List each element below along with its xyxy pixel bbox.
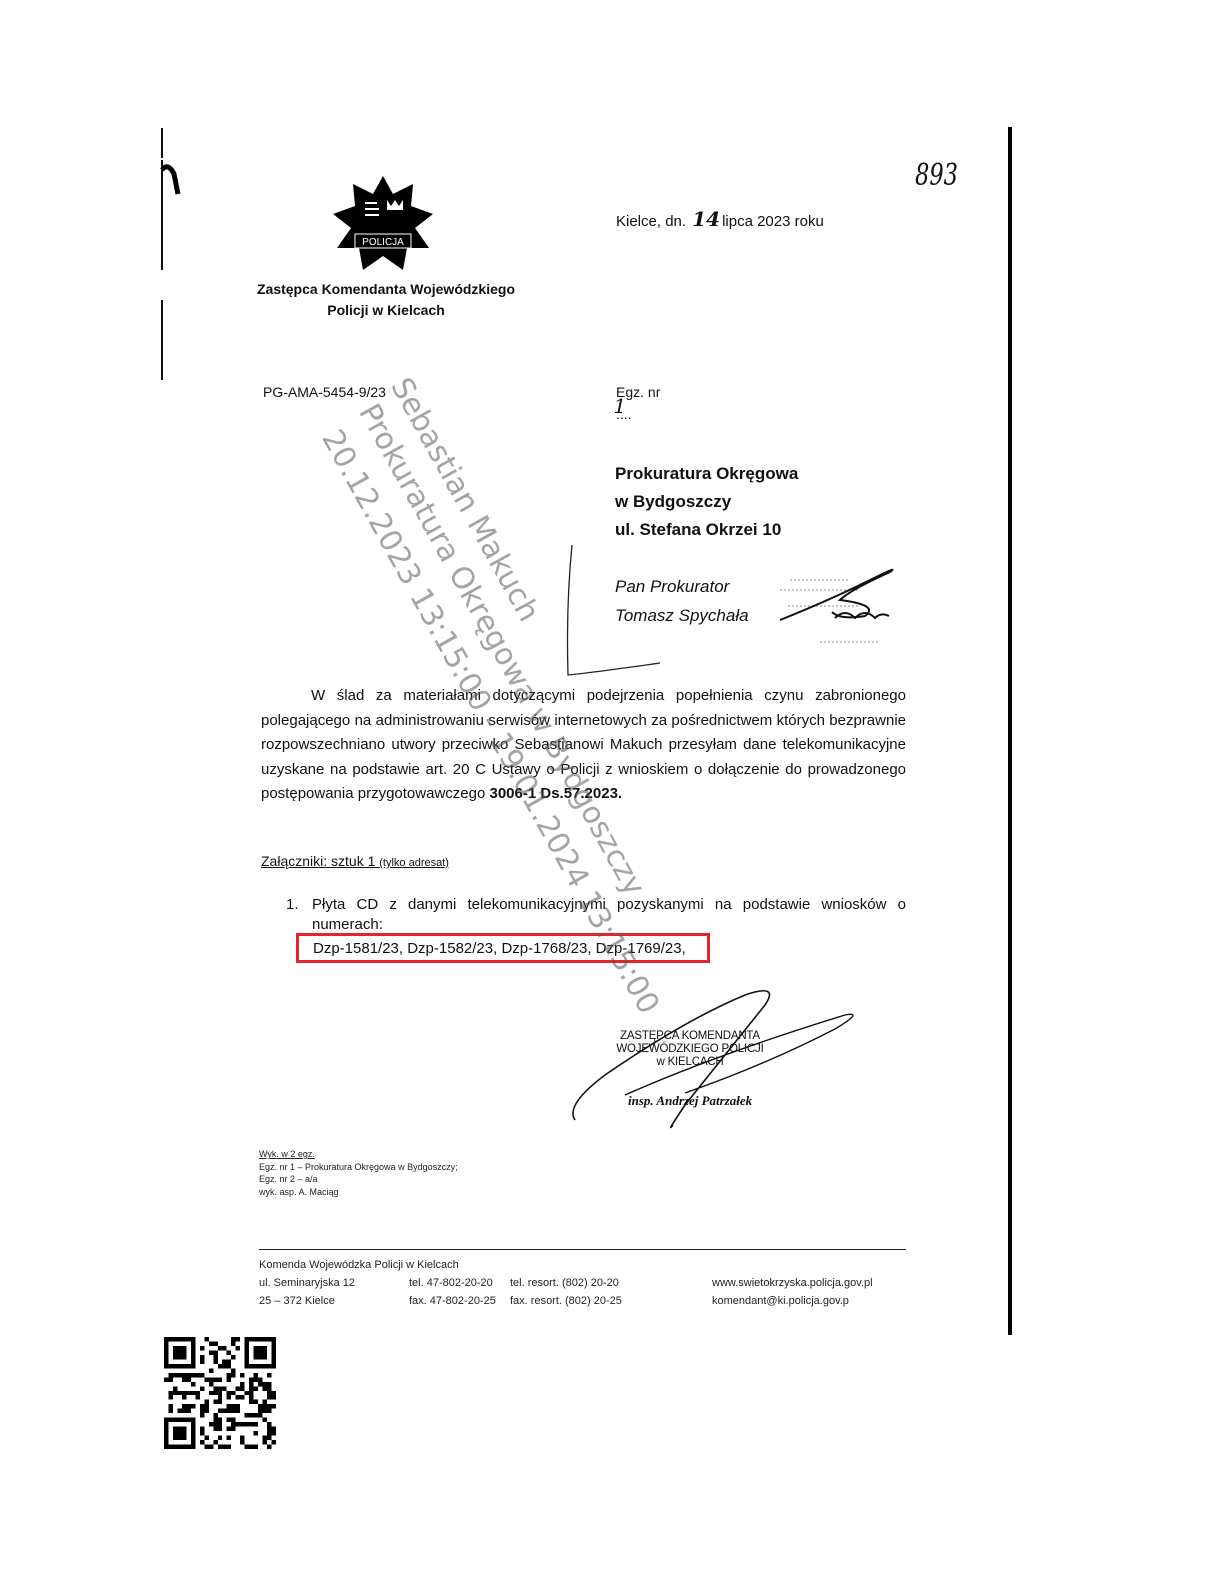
- date-day-handwritten: 14: [692, 207, 720, 231]
- scan-artifact: [161, 300, 163, 380]
- footer-divider: [259, 1249, 906, 1250]
- issuer-heading: Zastępca Komendanta Wojewódzkiego Policj…: [200, 279, 572, 321]
- footer-contact: www.swietokrzyska.policja.gov.pl komenda…: [712, 1274, 873, 1310]
- date-prefix: Kielce, dn.: [616, 213, 686, 230]
- attachment-item: 1. Płyta CD z danymi telekomunikacyjnymi…: [286, 895, 906, 935]
- execution-note: Wyk. w 2 egz. Egz. nr 1 – Prokuratura Ok…: [259, 1148, 458, 1198]
- footer-resort-phone: tel. resort. (802) 20-20 fax. resort. (8…: [510, 1274, 622, 1310]
- received-signature: [760, 560, 910, 650]
- qr-code-icon: [164, 1337, 276, 1449]
- copy-number-handwritten: 1: [613, 394, 626, 418]
- attachment-item-text: Płyta CD z danymi telekomunikacyjnymi po…: [312, 895, 906, 935]
- scan-artifact: [161, 128, 163, 158]
- copy-number: Egz. nr .... 1: [616, 384, 674, 424]
- recipient-line-1: Prokuratura Okręgowa: [615, 460, 798, 488]
- issuer-line-2: Policji w Kielcach: [200, 300, 572, 321]
- scan-border: [1008, 127, 1012, 1335]
- recipient-address: Prokuratura Okręgowa w Bydgoszczy ul. St…: [615, 460, 798, 544]
- svg-text:POLICJA: POLICJA: [362, 237, 404, 248]
- footer-website-link[interactable]: www.swietokrzyska.policja.gov.pl: [712, 1274, 873, 1292]
- reference-number: PG-AMA-5454-9/23: [263, 384, 386, 400]
- recipient-line-2: w Bydgoszczy: [615, 488, 798, 516]
- footer-phone: tel. 47-802-20-20 fax. 47-802-20-25: [409, 1274, 496, 1310]
- case-number: 3006-1 Ds.57.2023.: [489, 785, 622, 802]
- highlighted-request-numbers: Dzp-1581/23, Dzp-1582/23, Dzp-1768/23, D…: [313, 940, 686, 957]
- attachments-title-note: (tylko adresat): [379, 857, 449, 869]
- signatory-name: insp. Andrzej Patrzałek: [628, 1093, 752, 1109]
- attachments-title: Załączniki: sztuk 1 (tylko adresat): [261, 853, 449, 869]
- execution-note-title: Wyk. w 2 egz.: [259, 1148, 458, 1161]
- signature-stamp: ZASTĘPCA KOMENDANTA WOJEWÓDZKIEGO POLICJ…: [600, 1030, 780, 1069]
- watermark-line-1: Sebastian Makuch: [383, 372, 546, 628]
- police-star-logo-icon: POLICJA: [333, 176, 433, 270]
- issuer-line-1: Zastępca Komendanta Wojewódzkiego: [200, 279, 572, 300]
- handwritten-annotation-line: [560, 545, 670, 685]
- document-date: Kielce, dn. 14lipca 2023 roku: [616, 207, 824, 231]
- letter-body: W ślad za materiałami dotyczącymi podejr…: [261, 684, 906, 807]
- footer-email-link[interactable]: komendant@ki.policja.gov.p: [712, 1292, 873, 1310]
- handwritten-page-number: 893: [915, 158, 958, 193]
- scan-artifact-mark: [160, 160, 190, 200]
- attachment-item-number: 1.: [286, 895, 299, 915]
- date-suffix: lipca 2023 roku: [722, 213, 824, 230]
- recipient-line-3: ul. Stefana Okrzei 10: [615, 516, 798, 544]
